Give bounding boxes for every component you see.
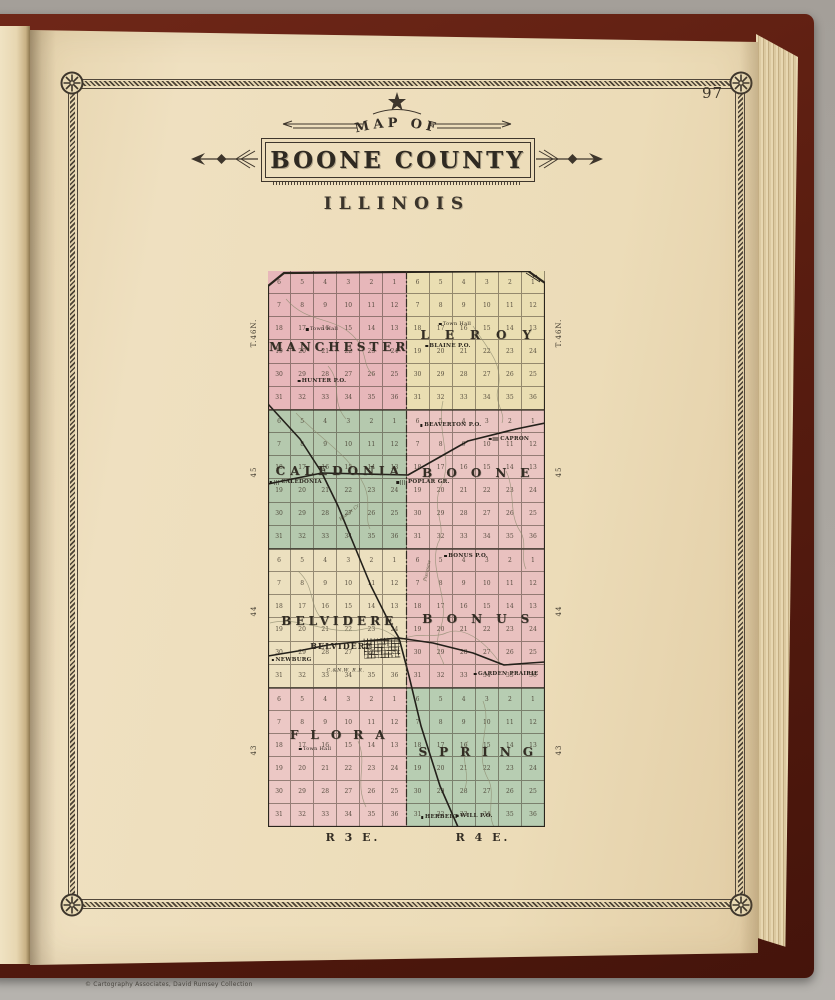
svg-text:MAP OF: MAP OF [353,116,440,137]
town-marker-icon [421,816,424,819]
star-ornament-icon [388,92,406,110]
township-row-label-right: 43 [555,745,563,756]
township-name-boone: BOONE [422,466,543,480]
place-name: HERBERT [425,814,458,820]
place-label: WILL P.O. [456,813,493,819]
corner-rosette-icon [60,71,84,95]
range-label: R 4 E. [456,831,511,844]
township-row-label-left: 43 [250,745,258,756]
facing-page-edge [0,26,30,964]
frame-band-top [70,81,743,86]
banner-dart-icon [190,146,262,172]
state-subtitle: ILLINOIS [30,194,764,214]
atlas-page: 97 MAP OF [30,24,758,965]
range-label: R 3 E. [326,831,381,844]
banner-fringe [273,182,521,185]
town-marker-icon [456,815,459,818]
township-row-label-right: 45 [555,467,563,478]
place-name: BLAINE P.O. [429,343,470,349]
township-name-bonus: BONUS [422,612,543,626]
place-name: CALEDONIA [281,479,322,485]
place-name: POPLAR GR. [408,479,450,485]
map-label-layer: MANCHESTERTown HallHUNTER P.O.LEROYTown … [268,271,545,827]
place-label: HUNTER P.O. [298,378,347,384]
place-name: Town Hall [443,321,471,327]
township-row-label-right: 44 [555,606,563,617]
place-name: BONUS P.O. [448,553,488,559]
place-name: NEWBURG [275,657,311,663]
place-label: CAPRON [489,436,530,442]
town-marker-icon [306,328,309,331]
scanned-atlas-photo: { "page": { "number": "97", "copyright":… [0,0,835,1000]
township-name-belvidere: BELVIDERE [281,614,397,628]
town-marker-icon [489,438,492,441]
place-name: Town Hall [310,326,338,332]
collection-copyright: © Cartography Associates, David Rumsey C… [85,981,252,988]
town-marker-icon [420,424,423,427]
town-block-icon [400,480,406,485]
place-name: BEAVERTON P.O. [424,422,481,428]
corner-rosette-icon [729,893,753,917]
stream-name-label: Beaver Cr. [339,503,361,522]
place-name: WILL P.O. [460,813,493,819]
place-name: BELVIDERE [310,641,372,651]
township-name-spring: SPRING [419,745,546,759]
town-marker-icon [396,481,399,484]
place-label: Town Hall [439,321,471,327]
stream-name-label: Piscasaw [423,560,432,582]
place-label: HERBERT [421,814,459,820]
place-label: POPLAR GR. [396,479,449,485]
place-label: BELVIDERE [310,641,372,651]
town-marker-icon [271,659,274,662]
town-marker-icon [444,555,447,558]
county-title-banner: BOONE COUNTY [265,142,531,178]
township-name-flora: FLORA [290,728,397,742]
town-block-icon [274,480,280,485]
place-label: Town Hall [306,326,338,332]
place-name: HUNTER P.O. [302,378,347,384]
township-row-label-left: T.46N. [250,319,258,348]
frame-band-bottom [70,902,743,907]
place-name: C.&N.W. R.R. [327,669,365,674]
place-name: CAPRON [500,436,529,442]
place-label: BLAINE P.O. [425,343,470,349]
place-name: Town Hall [303,746,331,752]
place-label: Town Hall [299,746,331,752]
town-marker-icon [474,673,477,676]
county-map: 6543217891011121817161514131920212223243… [268,271,545,827]
town-marker-icon [425,345,428,348]
place-label: GARDEN PRAIRIE [474,671,539,677]
corner-rosette-icon [729,71,753,95]
township-name-caledonia: CALEDONIA [276,464,404,478]
place-name: GARDEN PRAIRIE [478,671,539,677]
town-block-icon [493,437,499,442]
township-row-label-right: T.46N. [555,319,563,348]
page-number: 97 [702,84,723,102]
map-of-arc-text: MAP OF [353,116,440,137]
township-row-label-left: 45 [250,467,258,478]
place-label: CALEDONIA [269,479,321,485]
township-name-leroy: LEROY [420,328,547,342]
corner-rosette-icon [60,893,84,917]
place-label: NEWBURG [271,657,311,663]
banner-dart-icon [532,146,604,172]
town-marker-icon [298,380,301,383]
township-row-label-left: 44 [250,606,258,617]
place-label: BEAVERTON P.O. [420,422,481,428]
town-marker-icon [299,748,302,751]
town-marker-icon [439,323,442,326]
township-name-manchester: MANCHESTER [269,340,409,354]
place-label: BONUS P.O. [444,553,488,559]
place-label: C.&N.W. R.R. [327,669,365,674]
town-marker-icon [269,481,272,484]
